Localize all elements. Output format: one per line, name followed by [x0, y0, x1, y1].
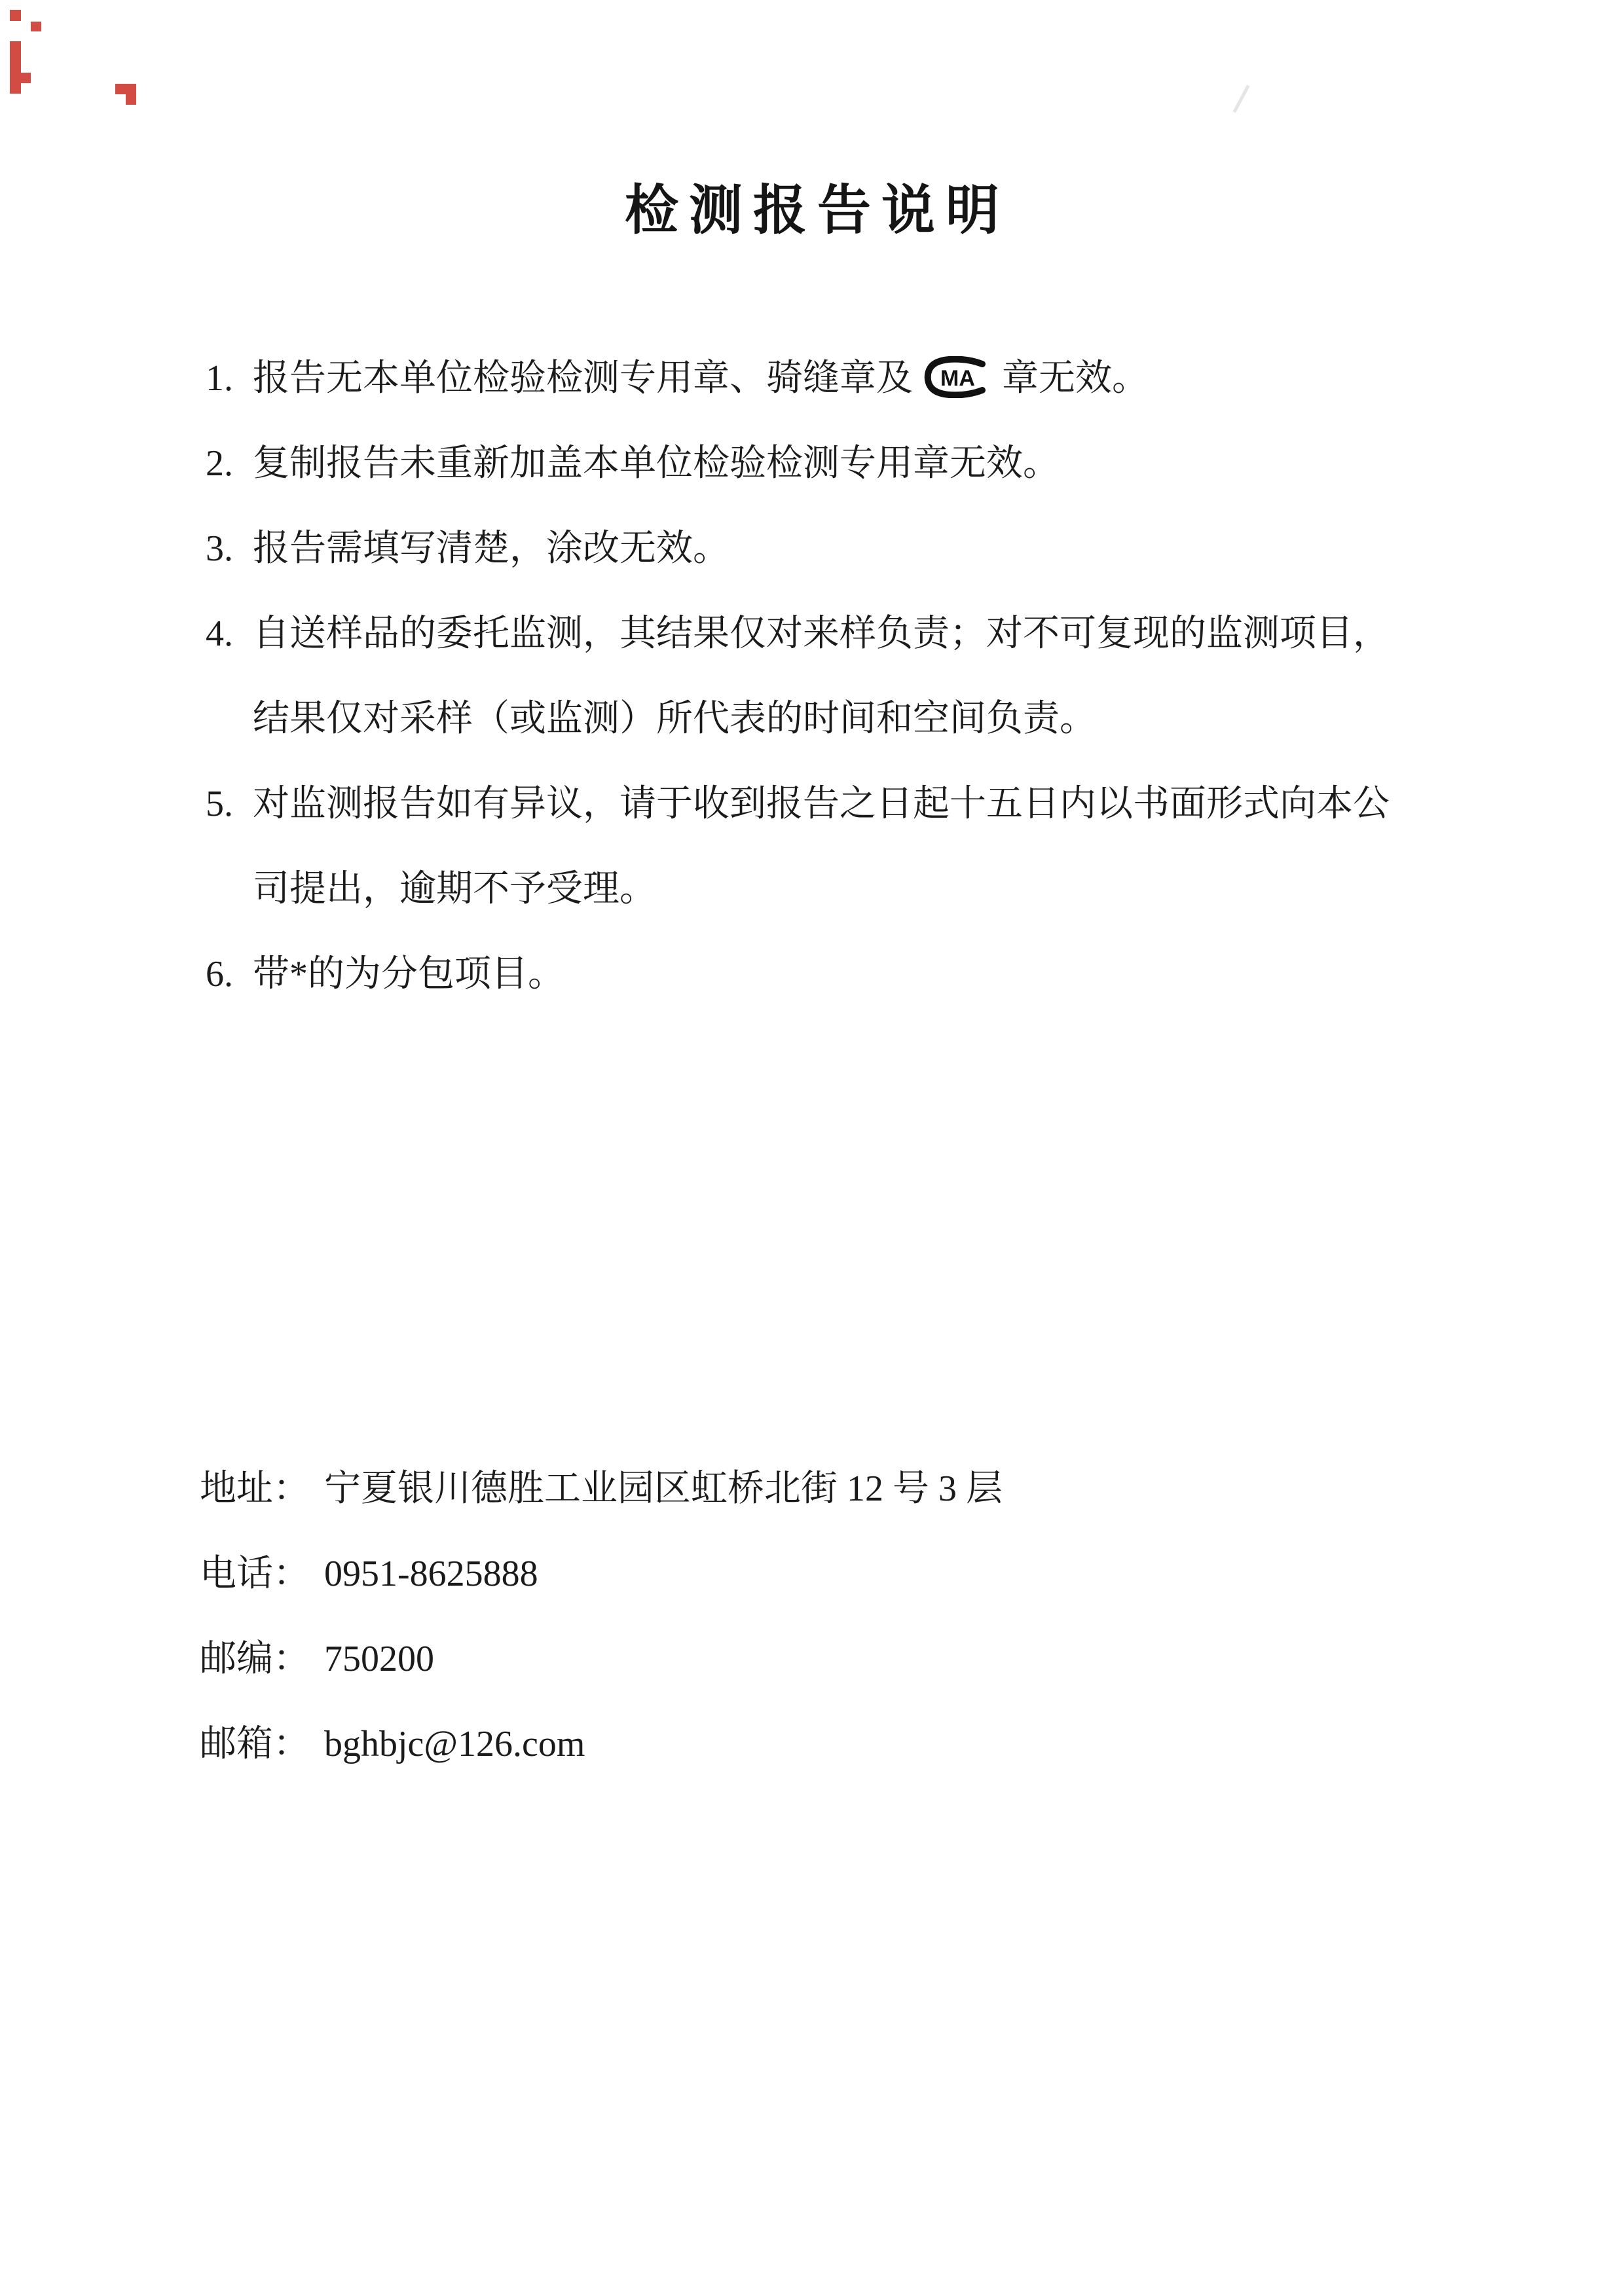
address-label: 地址： [200, 1468, 310, 1509]
contact-postcode-row: 邮编：750200 [200, 1635, 1509, 1683]
list-item-3-text: 报告需填写清楚，涂改无效。 [253, 525, 729, 572]
phone-label: 电话： [200, 1554, 310, 1594]
list-item-3: 3. 报告需填写清楚，涂改无效。 [0, 525, 1624, 581]
list-item-4-number: 4. [206, 610, 233, 657]
list-item-5-number: 5. [206, 780, 233, 828]
email-value: bghbjc@126.com [324, 1724, 585, 1764]
list-item-2-number: 2. [206, 440, 233, 487]
list-item-5: 5. 对监测报告如有异议，请于收到报告之日起十五日内以书面形式向本公 [0, 780, 1624, 837]
red-stamp-artifact [115, 84, 136, 94]
red-stamp-artifact [10, 41, 21, 94]
list-item-3-number: 3. [206, 525, 233, 572]
address-value: 宁夏银川德胜工业园区虹桥北街 12 号 3 层 [324, 1468, 1003, 1509]
list-item-4-continued: 结果仅对采样（或监测）所代表的时间和空间负责。 [0, 695, 1624, 752]
list-item-4-line2: 结果仅对采样（或监测）所代表的时间和空间负责。 [253, 695, 1096, 742]
scan-artifact [1232, 85, 1249, 113]
list-item-6-number: 6. [206, 951, 233, 998]
phone-value: 0951-8625888 [324, 1554, 538, 1594]
list-item-1-text-before: 报告无本单位检验检测专用章、骑缝章及 [253, 358, 913, 399]
list-item-1-text: 报告无本单位检验检测专用章、骑缝章及MA章无效。 [253, 355, 1149, 402]
postcode-label: 邮编： [200, 1639, 310, 1679]
list-item-2-text: 复制报告未重新加盖本单位检验检测专用章无效。 [253, 440, 1060, 487]
contact-phone-row: 电话：0951-8625888 [200, 1550, 1509, 1597]
list-item-5-continued: 司提出，逾期不予受理。 [0, 866, 1624, 922]
list-item-5-line2: 司提出，逾期不予受理。 [253, 866, 656, 913]
red-stamp-artifact [10, 10, 21, 21]
email-label: 邮箱： [200, 1724, 310, 1764]
contact-email-row: 邮箱：bghbjc@126.com [200, 1721, 1509, 1768]
list-item-4-line1: 自送样品的委托监测，其结果仅对来样负责；对不可复现的监测项目， [253, 610, 1390, 657]
list-item-4: 4. 自送样品的委托监测，其结果仅对来样负责；对不可复现的监测项目， [0, 610, 1624, 666]
red-stamp-artifact [21, 73, 31, 83]
cma-logo-letters: MA [940, 366, 975, 391]
red-stamp-artifact [31, 22, 41, 31]
list-item-6: 6. 带*的为分包项目。 [0, 951, 1624, 1007]
postcode-value: 750200 [324, 1639, 434, 1679]
scanned-document-page: 检测报告说明 1. 报告无本单位检验检测专用章、骑缝章及MA章无效。 2. 复制… [0, 0, 1624, 2296]
page-title: 检测报告说明 [0, 168, 1624, 244]
list-item-1-number: 1. [206, 355, 233, 402]
cma-accreditation-icon: MA [923, 356, 991, 398]
contact-address-row: 地址：宁夏银川德胜工业园区虹桥北街 12 号 3 层 [200, 1465, 1509, 1512]
list-item-6-text: 带*的为分包项目。 [253, 951, 564, 998]
list-item-2: 2. 复制报告未重新加盖本单位检验检测专用章无效。 [0, 440, 1624, 496]
list-item-1: 1. 报告无本单位检验检测专用章、骑缝章及MA章无效。 [0, 355, 1624, 411]
list-item-5-line1: 对监测报告如有异议，请于收到报告之日起十五日内以书面形式向本公 [253, 780, 1390, 828]
red-stamp-artifact [126, 94, 136, 105]
list-item-1-text-after: 章无效。 [1002, 358, 1149, 399]
